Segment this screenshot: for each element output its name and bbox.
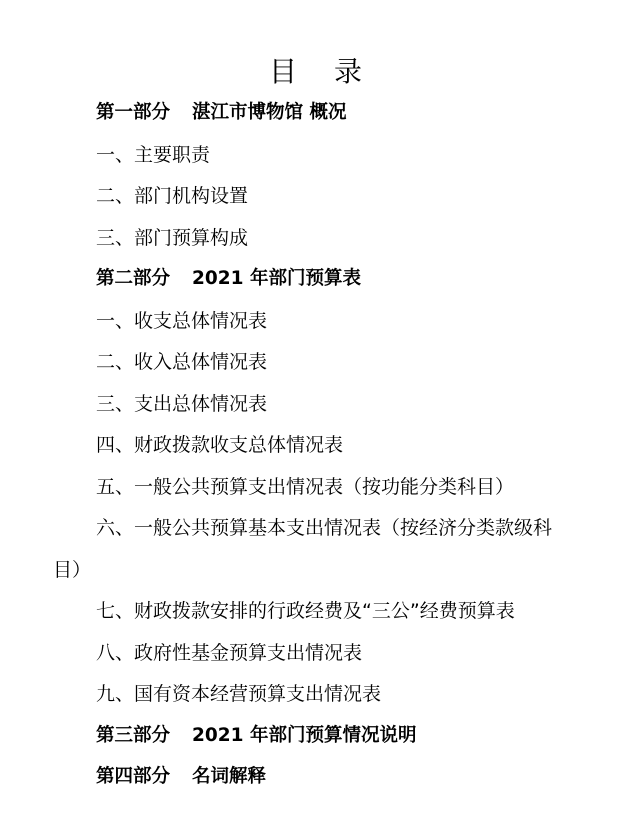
part-label: 第二部分	[96, 268, 170, 289]
toc-item[interactable]: 二、部门机构设置	[96, 183, 248, 209]
part-title: 2021 年部门预算表	[192, 268, 361, 289]
toc-item[interactable]: 三、支出总体情况表	[96, 391, 267, 417]
toc-item[interactable]: 五、一般公共预算支出情况表（按功能分类科目）	[96, 474, 514, 500]
toc-part-3[interactable]: 第三部分2021 年部门预算情况说明	[96, 723, 416, 749]
toc-item-continuation[interactable]: 目）	[53, 557, 91, 583]
toc-item[interactable]: 二、收入总体情况表	[96, 349, 267, 375]
toc-item[interactable]: 一、主要职责	[96, 142, 210, 168]
part-title: 名词解释	[192, 766, 266, 787]
toc-item[interactable]: 七、财政拨款安排的行政经费及“三公”经费预算表	[96, 598, 515, 624]
toc-item[interactable]: 八、政府性基金预算支出情况表	[96, 640, 362, 666]
toc-item[interactable]: 六、一般公共预算基本支出情况表（按经济分类款级科	[96, 515, 552, 541]
part-label: 第一部分	[96, 102, 170, 123]
part-label: 第四部分	[96, 766, 170, 787]
toc-item[interactable]: 九、国有资本经营预算支出情况表	[96, 681, 381, 707]
part-title: 2021 年部门预算情况说明	[192, 725, 416, 746]
toc-item[interactable]: 一、收支总体情况表	[96, 308, 267, 334]
part-title: 湛江市博物馆 概况	[192, 102, 346, 123]
part-label: 第三部分	[96, 725, 170, 746]
toc-part-1[interactable]: 第一部分湛江市博物馆 概况	[96, 100, 346, 126]
toc-title: 目 录	[0, 52, 633, 92]
toc-part-4[interactable]: 第四部分名词解释	[96, 764, 266, 790]
toc-part-2[interactable]: 第二部分2021 年部门预算表	[96, 266, 361, 292]
toc-item[interactable]: 四、财政拨款收支总体情况表	[96, 432, 343, 458]
toc-item[interactable]: 三、部门预算构成	[96, 225, 248, 251]
